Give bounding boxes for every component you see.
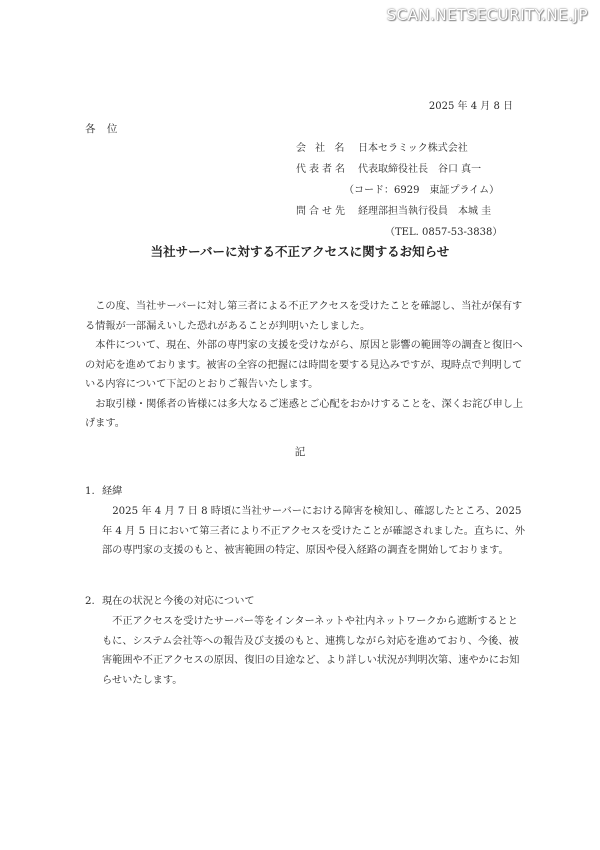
document-title: 当社サーバーに対する不正アクセスに関するお知らせ: [0, 246, 600, 259]
section-body: 2025 年 4 月 7 日 8 時頃に当社サーバーにおける障害を検知し、確認し…: [85, 502, 525, 561]
section-heading: 1. 経緯: [85, 482, 525, 502]
representative-label: 代表者名: [296, 165, 354, 175]
company-name: 日本セラミック株式会社: [354, 144, 468, 154]
addressee: 各 位: [85, 124, 121, 135]
company-row: 会 社 名 日本セラミック株式会社: [296, 138, 502, 159]
telephone-line: （TEL. 0857-53-3838）: [296, 222, 502, 243]
section-background: 1. 経緯 2025 年 4 月 7 日 8 時頃に当社サーバーにおける障害を検…: [85, 482, 525, 561]
section-paragraph: 2025 年 4 月 7 日 8 時頃に当社サーバーにおける障害を検知し、確認し…: [102, 502, 525, 561]
issuer-block: 会 社 名 日本セラミック株式会社 代表者名 代表取締役社長 谷口 真一 （コー…: [296, 138, 502, 243]
section-number: 1.: [85, 487, 102, 497]
press-release-document: 2025 年 4 月 8 日 各 位 会 社 名 日本セラミック株式会社 代表者…: [0, 0, 600, 850]
paragraph: 本件について、現在、外部の専門家の支援を受けながら、原因と影響の範囲等の調査と復…: [85, 336, 525, 395]
paragraph: この度、当社サーバーに対し第三者による不正アクセスを受けたことを確認し、当社が保…: [85, 297, 525, 336]
contact-row: 問合せ先 経理部担当執行役員 本城 圭: [296, 201, 502, 222]
representative-row: 代表者名 代表取締役社長 谷口 真一: [296, 159, 502, 180]
contact-name: 経理部担当執行役員 本城 圭: [354, 207, 491, 217]
contact-label: 問合せ先: [296, 207, 354, 217]
representative-name: 代表取締役社長 谷口 真一: [354, 165, 481, 175]
stock-code-line: （コード：6929 東証プライム）: [296, 180, 502, 201]
introduction-text: この度、当社サーバーに対し第三者による不正アクセスを受けたことを確認し、当社が保…: [85, 297, 525, 434]
section-heading: 2. 現在の状況と今後の対応について: [85, 592, 525, 612]
issue-date: 2025 年 4 月 8 日: [429, 102, 513, 112]
section-number: 2.: [85, 597, 102, 607]
section-current-status: 2. 現在の状況と今後の対応について 不正アクセスを受けたサーバー等をインターネ…: [85, 592, 525, 690]
section-paragraph: 不正アクセスを受けたサーバー等をインターネットや社内ネットワークから遮断するとと…: [102, 612, 525, 690]
section-title: 現在の状況と今後の対応について: [102, 597, 255, 607]
section-title: 経緯: [102, 487, 122, 497]
ki-heading: 記: [0, 447, 600, 458]
section-body: 不正アクセスを受けたサーバー等をインターネットや社内ネットワークから遮断するとと…: [85, 612, 525, 690]
paragraph: お取引様・関係者の皆様には多大なるご迷惑とご心配をおかけすることを、深くお詫び申…: [85, 395, 525, 434]
company-label: 会 社 名: [296, 144, 354, 154]
